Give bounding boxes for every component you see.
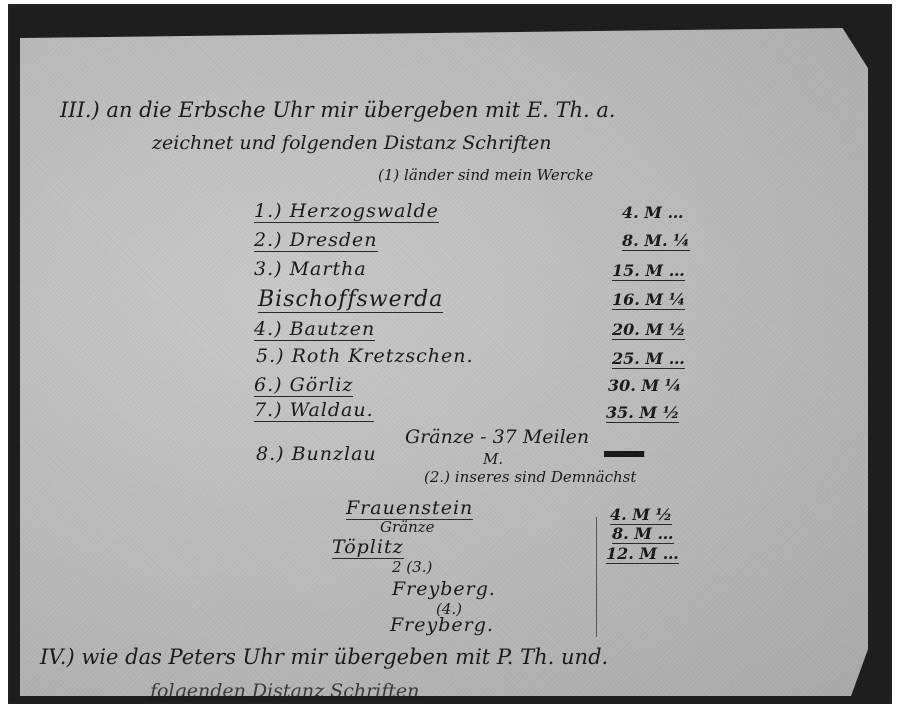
distance-value: 35. M ½ (606, 403, 679, 423)
distance-label: Töplitz (332, 536, 404, 559)
distance-label: 1.) Herzogswalde (254, 200, 439, 223)
distance-label: 6.) Görliz (254, 374, 353, 397)
distance-label: 5.) Roth Kretzschen. (256, 345, 474, 367)
distance-label: 3.) Martha (254, 258, 367, 280)
column-divider (596, 517, 597, 637)
distance-value: 25. M … (612, 349, 685, 369)
distance-value: 15. M … (612, 261, 685, 281)
distance-label: Bischoffswerda (258, 287, 443, 313)
subheading-1: (1) länder sind mein Wercke (378, 166, 593, 184)
distance-value: 16. M ¼ (612, 290, 685, 310)
distance-value: 30. M ¼ (608, 376, 681, 395)
distance-label: 8.) Bunzlau (256, 443, 377, 465)
distance-value: 8. M. ¼ (622, 231, 690, 251)
distance-value: 8. M … (612, 524, 674, 544)
place-freyberg-3: Freyberg. (392, 578, 496, 600)
section-iii-line2: zeichnet und folgenden Distanz Schriften (152, 132, 551, 154)
border-note-sub: M. (483, 450, 503, 468)
distance-value: 12. M … (606, 544, 679, 564)
distance-value: 4. M ½ (610, 505, 672, 525)
subheading-3: 2 (3.) (392, 558, 432, 576)
distance-value-struck: ~~~ (604, 444, 644, 463)
place-freyberg-4: Freyberg. (390, 614, 494, 636)
subheading-2: (2.) inseres sind Demnächst (424, 468, 636, 486)
distance-label: Gränze (380, 518, 435, 536)
distance-value: 4. M … (622, 203, 684, 222)
distance-label: 2.) Dresden (254, 229, 378, 252)
section-iv-line2: folgenden Distanz Schriften (150, 680, 419, 702)
distance-label: 4.) Bautzen (254, 318, 375, 341)
section-iv-heading: IV.) wie das Peters Uhr mir übergeben mi… (40, 645, 608, 669)
section-iii-heading: III.) an die Erbsche Uhr mir übergeben m… (60, 98, 616, 122)
distance-label: Frauenstein (346, 497, 473, 520)
distance-value: 20. M ½ (612, 320, 685, 340)
border-note: Gränze - 37 Meilen (405, 426, 589, 448)
distance-label: 7.) Waldau. (254, 399, 374, 422)
